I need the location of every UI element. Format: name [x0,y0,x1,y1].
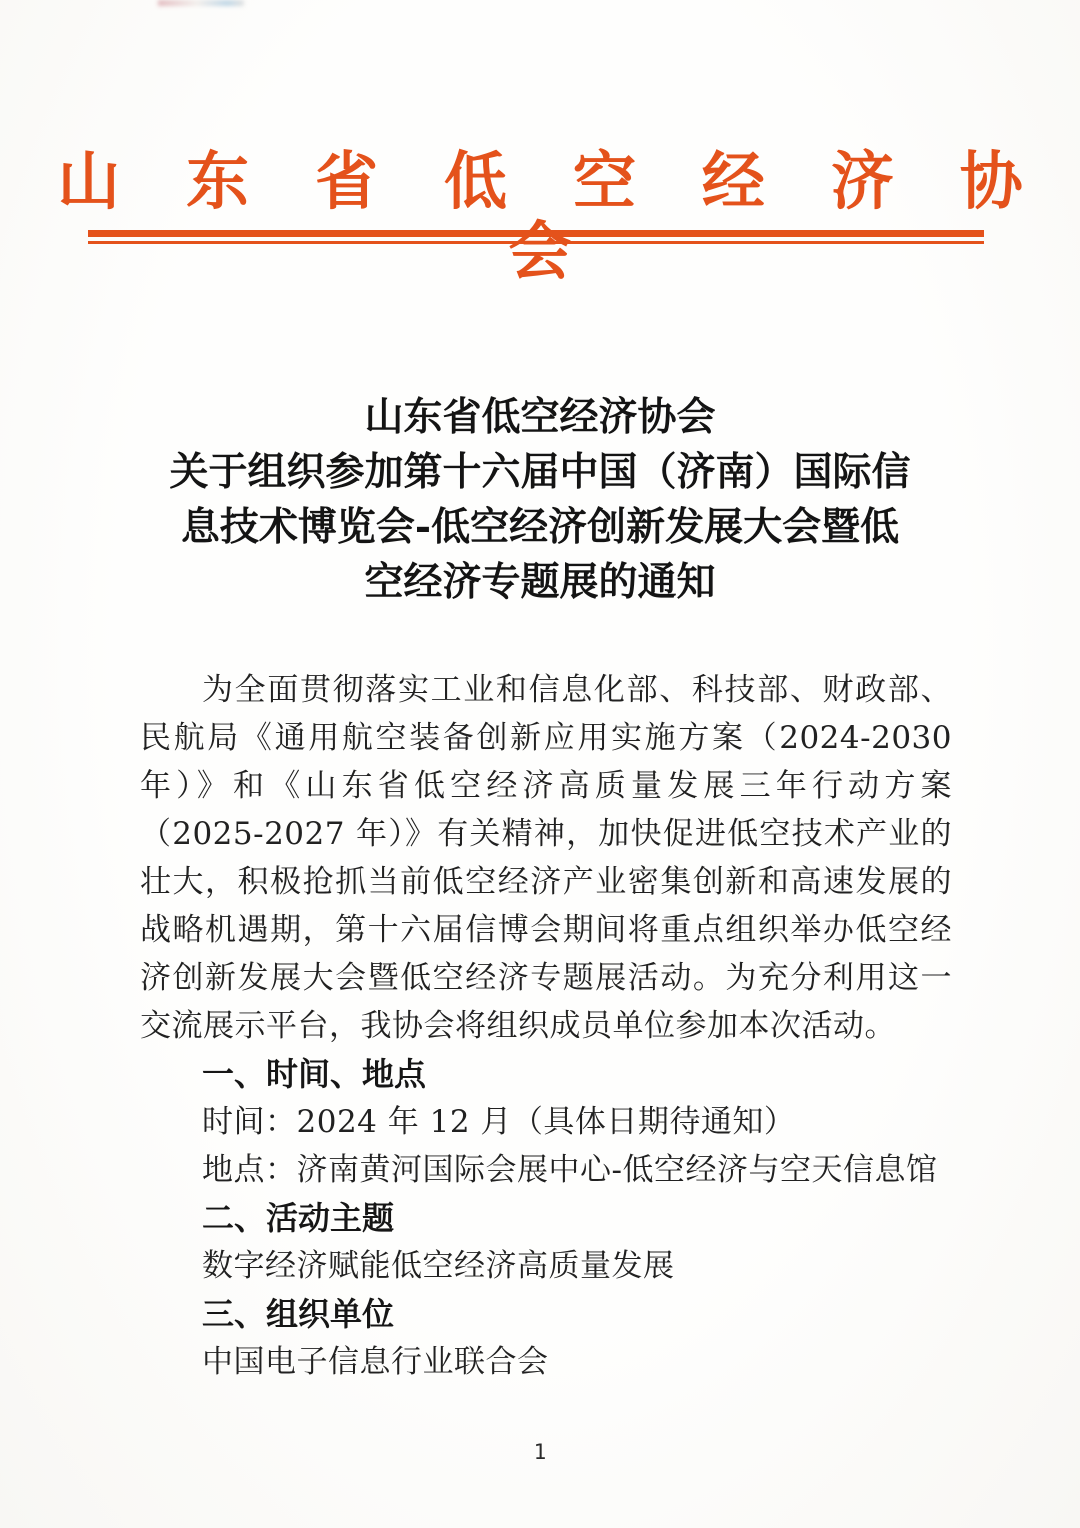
org-header-title: 山 东 省 低 空 经 济 协 会 [0,146,1080,286]
document-title-line-2: 关于组织参加第十六届中国（济南）国际信 [90,445,990,500]
header-divider-thick-line [88,230,984,237]
document-title-line-1: 山东省低空经济协会 [90,390,990,445]
document-title: 山东省低空经济协会 关于组织参加第十六届中国（济南）国际信 息技术博览会-低空经… [90,390,990,610]
section-heading-organizer: 三、组织单位 [140,1290,952,1338]
document-body: 为全面贯彻落实工业和信息化部、科技部、财政部、民航局《通用航空装备创新应用实施方… [140,666,952,1386]
time-line: 时间：2024 年 12 月（具体日期待通知） [140,1098,952,1146]
section-heading-theme: 二、活动主题 [140,1194,952,1242]
page-number: 1 [0,1440,1080,1464]
document-page: 山 东 省 低 空 经 济 协 会 山东省低空经济协会 关于组织参加第十六届中国… [0,0,1080,1528]
intro-paragraph: 为全面贯彻落实工业和信息化部、科技部、财政部、民航局《通用航空装备创新应用实施方… [140,666,952,1050]
theme-line: 数字经济赋能低空经济高质量发展 [140,1242,952,1290]
place-line: 地点：济南黄河国际会展中心-低空经济与空天信息馆 [140,1146,952,1194]
organizer-line: 中国电子信息行业联合会 [140,1338,952,1386]
header-divider-thin-line [88,241,984,244]
document-title-line-4: 空经济专题展的通知 [90,555,990,610]
scan-artifact [158,0,244,6]
document-title-line-3: 息技术博览会-低空经济创新发展大会暨低 [90,500,990,555]
section-heading-time-place: 一、时间、地点 [140,1050,952,1098]
header-divider [88,230,984,244]
